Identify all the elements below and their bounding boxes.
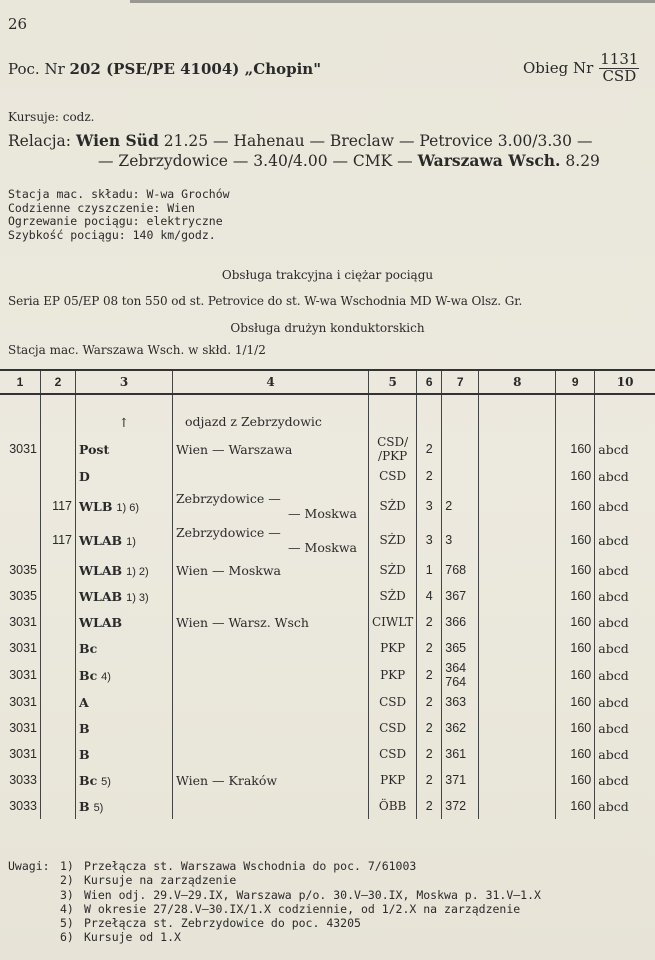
railway-admin: CSD <box>369 715 417 741</box>
car-number: 365 <box>442 635 479 661</box>
table-row: D CSD2160abcd <box>0 463 655 489</box>
table-row: 3031Bc 4)PKP2364 764160abcd <box>0 661 655 689</box>
car-type: B <box>76 715 173 741</box>
table-row: 3033Bc 5)Wien — KrakówPKP2371160abcd <box>0 767 655 793</box>
table-pre-row: ↑ odjazd z Zebrzydowic <box>0 394 655 435</box>
through-number <box>41 609 76 635</box>
relacja-line2: — Zebrzydowice — 3.40/4.00 — CMK — <box>98 152 413 170</box>
through-number <box>41 767 76 793</box>
car-number: 361 <box>442 741 479 767</box>
through-number: 117 <box>41 523 76 557</box>
train-number <box>0 523 41 557</box>
col-8 <box>479 557 556 583</box>
col-8 <box>479 661 556 689</box>
table-row: 3031Bc PKP2365160abcd <box>0 635 655 661</box>
col-8 <box>479 463 556 489</box>
car-class: 2 <box>417 741 442 767</box>
table-row: 3031B CSD2361160abcd <box>0 741 655 767</box>
col-header: 4 <box>173 370 369 394</box>
relacja: Relacja: Wien Süd 21.25 — Hahenau — Brec… <box>8 131 600 171</box>
col-8 <box>479 435 556 463</box>
through-number <box>41 793 76 819</box>
through-number <box>41 635 76 661</box>
footnote-ref: 1) 2) <box>126 566 149 578</box>
col-8 <box>479 609 556 635</box>
col-10: abcd <box>595 661 655 689</box>
speed: 160 <box>556 557 595 583</box>
speed: 160 <box>556 715 595 741</box>
car-number: 372 <box>442 793 479 819</box>
car-type: B <box>76 741 173 767</box>
railway-admin: SŻD <box>369 557 417 583</box>
car-route <box>173 635 369 661</box>
car-route: Wien — Warsz. Wsch <box>173 609 369 635</box>
col-10: abcd <box>595 635 655 661</box>
car-route <box>173 715 369 741</box>
note-item: 6) Kursuje od 1.X <box>8 930 541 944</box>
col-10: abcd <box>595 609 655 635</box>
speed: 160 <box>556 689 595 715</box>
car-class: 1 <box>417 557 442 583</box>
note-item: 5) Przełącza st. Zebrzydowice do poc. 43… <box>8 916 541 930</box>
car-type: B 5) <box>76 793 173 819</box>
car-type: WLAB <box>76 609 173 635</box>
relacja-end-time: 8.29 <box>565 152 600 170</box>
car-route: Zebrzydowice —— Moskwa <box>173 523 369 557</box>
col-header: 5 <box>369 370 417 394</box>
speed: 160 <box>556 635 595 661</box>
railway-admin: CSD <box>369 463 417 489</box>
speed: 160 <box>556 741 595 767</box>
through-number <box>41 557 76 583</box>
railway-admin: SŻD <box>369 583 417 609</box>
railway-admin: PKP <box>369 635 417 661</box>
col-10: abcd <box>595 557 655 583</box>
col-10: abcd <box>595 489 655 523</box>
train-number: 3031 <box>0 715 41 741</box>
train-info: Stacja mac. składu: W-wa Grochów Codzien… <box>8 188 230 242</box>
car-type: D <box>76 463 173 489</box>
speed: 160 <box>556 583 595 609</box>
col-10: abcd <box>595 689 655 715</box>
train-number: 3031 <box>0 635 41 661</box>
obieg-fraction: 1131 CSD <box>599 52 639 85</box>
relacja-label: Relacja: <box>8 132 71 150</box>
obieg-number: Obieg Nr 1131 CSD <box>523 52 639 85</box>
car-type: Bc 4) <box>76 661 173 689</box>
col-8 <box>479 689 556 715</box>
car-type: WLAB 1) 3) <box>76 583 173 609</box>
note-item: 3) Wien odj. 29.V—29.IX, Warszawa p/o. 3… <box>8 888 541 902</box>
car-class: 2 <box>417 793 442 819</box>
through-number <box>41 715 76 741</box>
car-number: 768 <box>442 557 479 583</box>
train-number: 3031 <box>0 741 41 767</box>
railway-admin: PKP <box>369 767 417 793</box>
col-header: 3 <box>76 370 173 394</box>
car-class: 2 <box>417 689 442 715</box>
table-row: 117WLB 1) 6)Zebrzydowice —— MoskwaSŻD321… <box>0 489 655 523</box>
table-header-row: 1 2 3 4 5 6 7 8 9 10 <box>0 370 655 394</box>
note-item: 4) W okresie 27/28.V—30.IX/1.X codzienni… <box>8 902 541 916</box>
car-number: 363 <box>442 689 479 715</box>
speed: 160 <box>556 609 595 635</box>
train-number: 3033 <box>0 793 41 819</box>
col-10: abcd <box>595 435 655 463</box>
table-row: 3035WLAB 1) 2)Wien — MoskwaSŻD1768160abc… <box>0 557 655 583</box>
col-10: abcd <box>595 767 655 793</box>
car-number <box>442 463 479 489</box>
table-row: 3031WLAB Wien — Warsz. WschCIWLT2366160a… <box>0 609 655 635</box>
relacja-line1: 21.25 — Hahenau — Breclaw — Petrovice 3.… <box>164 132 593 150</box>
relacja-start: Wien Süd <box>76 131 159 150</box>
col-header: 1 <box>0 370 41 394</box>
train-number: 3031 <box>0 661 41 689</box>
col-8 <box>479 767 556 793</box>
car-route: Wien — Kraków <box>173 767 369 793</box>
kursuje: Kursuje: codz. <box>8 110 95 124</box>
traction-heading: Obsługa trakcyjna i ciężar pociągu <box>0 268 655 282</box>
col-header: 8 <box>479 370 556 394</box>
train-number: 3031 <box>0 609 41 635</box>
car-class: 3 <box>417 523 442 557</box>
car-route: Wien — Moskwa <box>173 557 369 583</box>
speed: 160 <box>556 661 595 689</box>
col-10: abcd <box>595 523 655 557</box>
col-8 <box>479 635 556 661</box>
col-8 <box>479 489 556 523</box>
car-number: 364 764 <box>442 661 479 689</box>
railway-admin: CSD/ /PKP <box>369 435 417 463</box>
timetable-page: 26 Poc. Nr 202 (PSE/PE 41004) „Chopin" O… <box>0 0 655 960</box>
car-route: Zebrzydowice —— Moskwa <box>173 489 369 523</box>
through-number <box>41 435 76 463</box>
col-10: abcd <box>595 715 655 741</box>
car-type: WLAB 1) <box>76 523 173 557</box>
col-8 <box>479 741 556 767</box>
car-type: Post <box>76 435 173 463</box>
col-10: abcd <box>595 793 655 819</box>
train-number <box>0 463 41 489</box>
car-class: 2 <box>417 609 442 635</box>
railway-admin: CSD <box>369 689 417 715</box>
car-class: 2 <box>417 635 442 661</box>
footnote-ref: 1) 3) <box>126 592 149 604</box>
car-number: 3 <box>442 523 479 557</box>
obieg-denominator: CSD <box>602 69 636 85</box>
speed: 160 <box>556 463 595 489</box>
col-header: 6 <box>417 370 442 394</box>
col-header: 2 <box>41 370 76 394</box>
car-route <box>173 661 369 689</box>
conductors-text: Stacja mac. Warszawa Wsch. w skłd. 1/1/2 <box>8 343 266 357</box>
car-type: Bc <box>76 635 173 661</box>
table-row: 117WLAB 1)Zebrzydowice —— MoskwaSŻD33160… <box>0 523 655 557</box>
col-header: 9 <box>556 370 595 394</box>
page-number: 26 <box>8 15 27 33</box>
col-header: 7 <box>442 370 479 394</box>
car-type: A <box>76 689 173 715</box>
table-row: 3031A CSD2363160abcd <box>0 689 655 715</box>
col-8 <box>479 793 556 819</box>
col-10: abcd <box>595 583 655 609</box>
departure-note: odjazd z Zebrzydowic <box>173 394 369 435</box>
speed: 160 <box>556 523 595 557</box>
through-number: 117 <box>41 489 76 523</box>
car-route <box>173 463 369 489</box>
railway-admin: CIWLT <box>369 609 417 635</box>
uwagi-notes: Uwagi: 1) Przełącza st. Warszawa Wschodn… <box>8 859 541 945</box>
car-type: WLAB 1) 2) <box>76 557 173 583</box>
info-line: Szybkość pociągu: 140 km/godz. <box>8 229 230 243</box>
car-number: 2 <box>442 489 479 523</box>
train-number: 3035 <box>0 583 41 609</box>
composition-table: 1 2 3 4 5 6 7 8 9 10 ↑ odjazd z Zebrzydo… <box>0 369 655 819</box>
car-route <box>173 793 369 819</box>
car-number: 371 <box>442 767 479 793</box>
car-route <box>173 689 369 715</box>
car-route <box>173 583 369 609</box>
info-line: Ogrzewanie pociągu: elektryczne <box>8 215 230 229</box>
speed: 160 <box>556 793 595 819</box>
info-line: Stacja mac. składu: W-wa Grochów <box>8 188 230 202</box>
through-number <box>41 741 76 767</box>
train-title: Poc. Nr 202 (PSE/PE 41004) „Chopin" <box>8 60 321 78</box>
railway-admin: PKP <box>369 661 417 689</box>
table-row: 3035WLAB 1) 3)SŻD4367160abcd <box>0 583 655 609</box>
car-route <box>173 741 369 767</box>
speed: 160 <box>556 435 595 463</box>
car-class: 2 <box>417 463 442 489</box>
col-10: abcd <box>595 463 655 489</box>
table-row: 3033B 5)ÖBB2372160abcd <box>0 793 655 819</box>
railway-admin: CSD <box>369 741 417 767</box>
top-border <box>130 0 655 3</box>
railway-admin: ÖBB <box>369 793 417 819</box>
train-number: 3033 <box>0 767 41 793</box>
info-line: Codzienne czyszczenie: Wien <box>8 202 230 216</box>
train-number: 3035 <box>0 557 41 583</box>
train-number: 3031 <box>0 435 41 463</box>
relacja-end: Warszawa Wsch. <box>418 151 561 170</box>
train-number: 3031 <box>0 689 41 715</box>
train-number <box>0 489 41 523</box>
traction-text: Seria EP 05/EP 08 ton 550 od st. Petrovi… <box>8 294 522 308</box>
through-number <box>41 661 76 689</box>
note-item: 2) Kursuje na zarządzenie <box>8 873 541 887</box>
car-number: 366 <box>442 609 479 635</box>
car-number: 362 <box>442 715 479 741</box>
railway-admin: SŻD <box>369 523 417 557</box>
car-class: 4 <box>417 583 442 609</box>
speed: 160 <box>556 767 595 793</box>
car-class: 3 <box>417 489 442 523</box>
table-row: 3031Post Wien — WarszawaCSD/ /PKP2160abc… <box>0 435 655 463</box>
col-header: 10 <box>595 370 655 394</box>
col-10: abcd <box>595 741 655 767</box>
col-8 <box>479 523 556 557</box>
col-8 <box>479 715 556 741</box>
footnote-ref: 1) <box>126 536 136 548</box>
obieg-label: Obieg Nr <box>523 59 593 77</box>
arrow-up-icon: ↑ <box>76 394 173 435</box>
footnote-ref: 4) <box>101 671 111 683</box>
car-class: 2 <box>417 435 442 463</box>
uwagi-label: Uwagi: <box>8 859 60 873</box>
through-number <box>41 689 76 715</box>
car-class: 2 <box>417 661 442 689</box>
car-route: Wien — Warszawa <box>173 435 369 463</box>
car-number: 367 <box>442 583 479 609</box>
car-class: 2 <box>417 767 442 793</box>
through-number <box>41 583 76 609</box>
through-number <box>41 463 76 489</box>
car-type: WLB 1) 6) <box>76 489 173 523</box>
car-class: 2 <box>417 715 442 741</box>
car-type: Bc 5) <box>76 767 173 793</box>
title-train-name: 202 (PSE/PE 41004) „Chopin" <box>70 60 321 78</box>
footnote-ref: 5) <box>101 776 111 788</box>
note-item: Uwagi: 1) Przełącza st. Warszawa Wschodn… <box>8 859 541 873</box>
col-8 <box>479 583 556 609</box>
footnote-ref: 5) <box>94 802 104 814</box>
railway-admin: SŻD <box>369 489 417 523</box>
footnote-ref: 1) 6) <box>116 502 139 514</box>
title-prefix: Poc. Nr <box>8 60 65 78</box>
conductors-heading: Obsługa drużyn konduktorskich <box>0 321 655 335</box>
speed: 160 <box>556 489 595 523</box>
car-number <box>442 435 479 463</box>
table-row: 3031B CSD2362160abcd <box>0 715 655 741</box>
